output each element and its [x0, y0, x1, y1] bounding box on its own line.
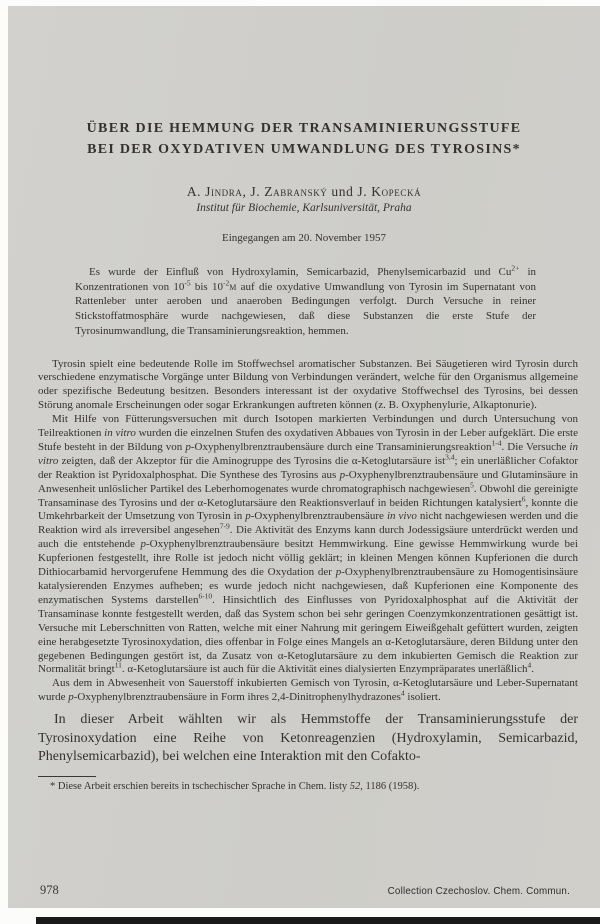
authors-line: A. Jindra, J. Zabranský und J. Kopecká	[8, 184, 600, 200]
abstract-paragraph: Es wurde der Einfluß von Hydroxylamin, S…	[75, 265, 536, 339]
footnote-text: * Diese Arbeit erschien bereits in tsche…	[38, 780, 578, 793]
page-number: 978	[40, 883, 59, 898]
article-title: ÜBER DIE HEMMUNG DER TRANSAMINIERUNGSSTU…	[28, 118, 580, 160]
journal-name: Collection Czechoslov. Chem. Commun.	[388, 886, 570, 897]
page-footer: 978 Collection Czechoslov. Chem. Commun.	[40, 883, 570, 898]
body-paragraph-1: Tyrosin spielt eine bedeutende Rolle im …	[38, 358, 578, 414]
article-body: Tyrosin spielt eine bedeutende Rolle im …	[38, 358, 578, 793]
scan-edge-strip	[36, 917, 600, 924]
scanned-page: ÜBER DIE HEMMUNG DER TRANSAMINIERUNGSSTU…	[0, 0, 600, 924]
body-paragraph-3: Aus dem in Abwesenheit von Sauerstoff in…	[38, 677, 578, 705]
article-title-line2: BEI DER OXYDATIVEN UMWANDLUNG DES TYROSI…	[28, 139, 580, 160]
received-date-line: Eingegangen am 20. November 1957	[8, 232, 600, 244]
body-paragraph-2: Mit Hilfe von Fütterungsversuchen mit du…	[38, 413, 578, 677]
article-title-line1: ÜBER DIE HEMMUNG DER TRANSAMINIERUNGSSTU…	[28, 118, 580, 139]
paper-sheet: ÜBER DIE HEMMUNG DER TRANSAMINIERUNGSSTU…	[8, 6, 600, 908]
lead-paragraph: In dieser Arbeit wählten wir als Hemmsto…	[38, 711, 578, 767]
affiliation-line: Institut für Biochemie, Karlsuniversität…	[8, 202, 600, 214]
footnote-rule	[38, 776, 96, 777]
